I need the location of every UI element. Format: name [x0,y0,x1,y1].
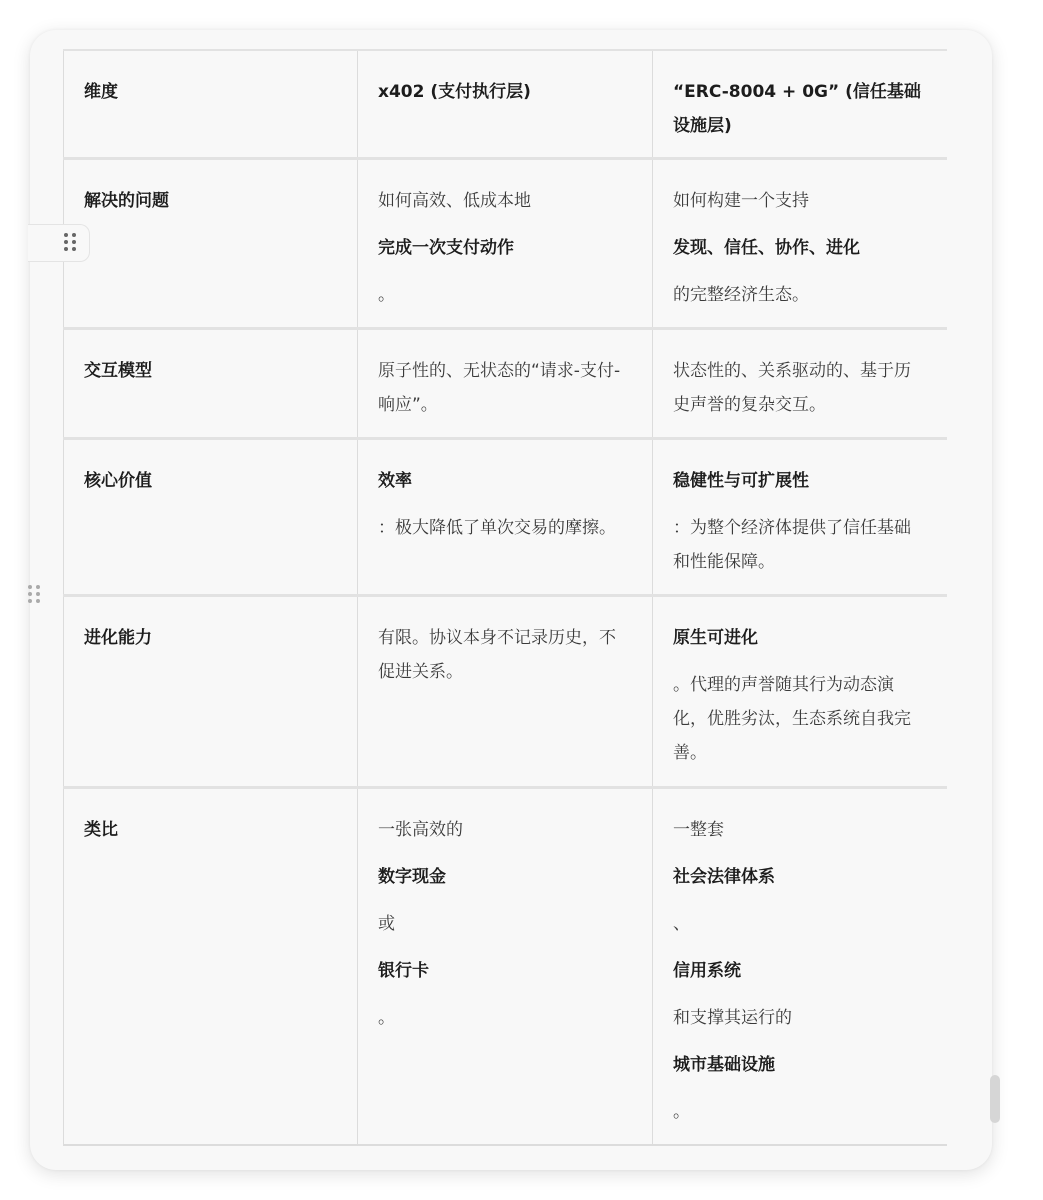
cell-text: 如何构建一个支持 [673,184,927,218]
cell-bold-text: 完成一次支付动作 [378,231,632,265]
cell-text: 和支撑其运行的 [673,1001,927,1035]
cell-text: 一整套 [673,813,927,847]
cell-text: ：为整个经济体提供了信任基础和性能保障。 [673,511,927,579]
header-dimension[interactable]: 维度 [64,50,358,158]
cell-text: 状态性的、关系驱动的、基于历史声誉的复杂交互。 [673,354,927,422]
cell-dimension[interactable]: 解决的问题 [64,158,358,328]
cell-text: 如何高效、低成本地 [378,184,632,218]
cell-text: 。 [673,1095,927,1129]
cell-x402[interactable]: 如何高效、低成本地 完成一次支付动作 。 [358,158,653,328]
cell-text: 。 [378,278,632,312]
table-block-card: 维度 x402 (支付执行层) “ERC-8004 + 0G” (信任基础设施层… [30,30,992,1170]
cell-erc[interactable]: 一整套 社会法律体系 、 信用系统 和支撑其运行的 城市基础设施 。 [653,787,947,1145]
comparison-table-container: 维度 x402 (支付执行层) “ERC-8004 + 0G” (信任基础设施层… [63,49,946,1146]
cell-x402[interactable]: 原子性的、无状态的“请求-支付-响应”。 [358,328,653,438]
cell-text: 。 [378,1001,632,1035]
cell-text: 原子性的、无状态的“请求-支付-响应”。 [378,354,632,422]
table-row: 类比 一张高效的 数字现金 或 银行卡 。 一整套 社会法律体系 、 信用系统 … [64,787,947,1145]
comparison-table: 维度 x402 (支付执行层) “ERC-8004 + 0G” (信任基础设施层… [63,49,947,1146]
cell-dimension[interactable]: 类比 [64,787,358,1145]
cell-text: 的完整经济生态。 [673,278,927,312]
cell-bold-text: 效率 [378,464,632,498]
cell-bold-text: 发现、信任、协作、进化 [673,231,927,265]
cell-bold-text: 稳健性与可扩展性 [673,464,927,498]
cell-dimension[interactable]: 交互模型 [64,328,358,438]
table-row: 进化能力 有限。协议本身不记录历史，不促进关系。 原生可进化 。代理的声誉随其行… [64,595,947,787]
block-drag-handle[interactable] [28,224,90,262]
cell-dimension[interactable]: 进化能力 [64,595,358,787]
table-header-row: 维度 x402 (支付执行层) “ERC-8004 + 0G” (信任基础设施层… [64,50,947,158]
cell-bold-text: 原生可进化 [673,621,927,655]
cell-erc[interactable]: 状态性的、关系驱动的、基于历史声誉的复杂交互。 [653,328,947,438]
cell-bold-text: 信用系统 [673,954,927,988]
header-erc8004-0g[interactable]: “ERC-8004 + 0G” (信任基础设施层) [653,50,947,158]
table-row: 交互模型 原子性的、无状态的“请求-支付-响应”。 状态性的、关系驱动的、基于历… [64,328,947,438]
cell-erc[interactable]: 稳健性与可扩展性 ：为整个经济体提供了信任基础和性能保障。 [653,438,947,595]
cell-bold-text: 数字现金 [378,860,632,894]
cell-bold-text: 城市基础设施 [673,1048,927,1082]
cell-text: 一张高效的 [378,813,632,847]
cell-x402[interactable]: 有限。协议本身不记录历史，不促进关系。 [358,595,653,787]
cell-text: 、 [673,907,927,941]
cell-text: 有限。协议本身不记录历史，不促进关系。 [378,621,632,689]
drag-handle-icon [28,585,40,603]
table-row: 核心价值 效率 ：极大降低了单次交易的摩擦。 稳健性与可扩展性 ：为整个经济体提… [64,438,947,595]
cell-dimension[interactable]: 核心价值 [64,438,358,595]
cell-x402[interactable]: 一张高效的 数字现金 或 银行卡 。 [358,787,653,1145]
cell-x402[interactable]: 效率 ：极大降低了单次交易的摩擦。 [358,438,653,595]
cell-erc[interactable]: 如何构建一个支持 发现、信任、协作、进化 的完整经济生态。 [653,158,947,328]
cell-bold-text: 社会法律体系 [673,860,927,894]
vertical-scrollbar-thumb[interactable] [990,1075,1000,1123]
header-x402[interactable]: x402 (支付执行层) [358,50,653,158]
cell-text: 或 [378,907,632,941]
cell-erc[interactable]: 原生可进化 。代理的声誉随其行为动态演化，优胜劣汰，生态系统自我完善。 [653,595,947,787]
table-row: 解决的问题 如何高效、低成本地 完成一次支付动作 。 如何构建一个支持 发现、信… [64,158,947,328]
drag-handle-icon [64,233,76,251]
cell-text: ：极大降低了单次交易的摩擦。 [378,511,632,545]
cell-text: 。代理的声誉随其行为动态演化，优胜劣汰，生态系统自我完善。 [673,668,927,770]
cell-bold-text: 银行卡 [378,954,632,988]
